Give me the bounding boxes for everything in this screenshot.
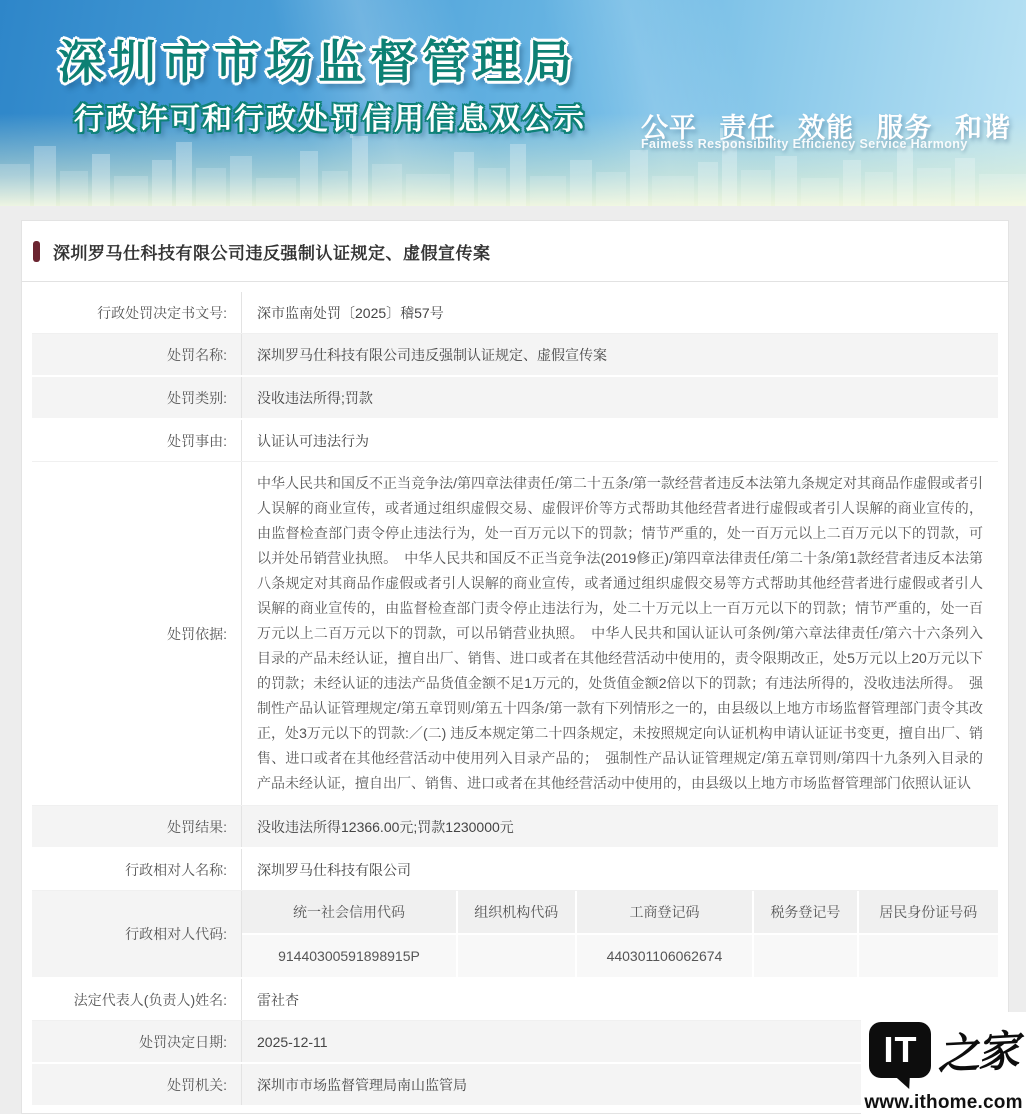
codes-header-uscc: 统一社会信用代码 (242, 891, 456, 933)
codes-value-business: 440301106062674 (575, 935, 753, 977)
table-row-penalty-reason: 处罚事由: 认证认可违法行为 (32, 420, 998, 462)
ithome-logo-cn-text: 之家 (936, 1018, 1019, 1082)
codes-subtable: 统一社会信用代码 组织机构代码 工商登记码 税务登记号 居民身份证号码 9144… (242, 891, 998, 977)
codes-header-row: 统一社会信用代码 组织机构代码 工商登记码 税务登记号 居民身份证号码 (242, 891, 998, 935)
table-row-penalty-authority: 处罚机关: 深圳市市场监督管理局南山监管局 (32, 1064, 998, 1107)
row-label: 行政相对人代码: (32, 891, 242, 977)
penalty-table: 行政处罚决定书文号: 深市监南处罚〔2025〕稽57号 处罚名称: 深圳罗马仕科… (32, 292, 998, 1107)
row-label: 处罚结果: (32, 806, 242, 847)
table-row-decision-date: 处罚决定日期: 2025-12-11 (32, 1021, 998, 1064)
row-value-long-text: 中华人民共和国反不正当竞争法/第四章法律责任/第二十五条/第一款经营者违反本法第… (242, 462, 998, 805)
table-row-party-name: 行政相对人名称: 深圳罗马仕科技有限公司 (32, 849, 998, 891)
ithome-url: www.ithome.com (861, 1092, 1026, 1114)
ithome-logo: IT 之家 (861, 1012, 1026, 1084)
codes-header-tax: 税务登记号 (752, 891, 856, 933)
row-value: 认证认可违法行为 (242, 420, 998, 461)
row-value: 深圳罗马仕科技有限公司 (242, 849, 998, 890)
content-card: 深圳罗马仕科技有限公司违反强制认证规定、虚假宣传案 行政处罚决定书文号: 深市监… (21, 220, 1009, 1114)
codes-value-tax (752, 935, 856, 977)
codes-header-org: 组织机构代码 (456, 891, 575, 933)
table-row-penalty-result: 处罚结果: 没收违法所得12366.00元;罚款1230000元 (32, 806, 998, 849)
table-row-document-number: 行政处罚决定书文号: 深市监南处罚〔2025〕稽57号 (32, 292, 998, 334)
codes-value-row: 91440300591898915P 440301106062674 (242, 935, 998, 977)
row-label: 行政处罚决定书文号: (32, 292, 242, 333)
table-row-penalty-basis: 处罚依据: 中华人民共和国反不正当竞争法/第四章法律责任/第二十五条/第一款经营… (32, 462, 998, 806)
table-row-penalty-name: 处罚名称: 深圳罗马仕科技有限公司违反强制认证规定、虚假宣传案 (32, 334, 998, 377)
row-value: 深圳罗马仕科技有限公司违反强制认证规定、虚假宣传案 (242, 334, 998, 375)
table-row-party-codes: 行政相对人代码: 统一社会信用代码 组织机构代码 工商登记码 税务登记号 居民身… (32, 891, 998, 979)
ithome-logo-tail (896, 1077, 916, 1089)
row-label: 处罚依据: (32, 462, 242, 805)
site-banner: 深圳市市场监督管理局 行政许可和行政处罚信用信息双公示 公平 责任 效能 服务 … (0, 0, 1026, 206)
row-value: 没收违法所得12366.00元;罚款1230000元 (242, 806, 998, 847)
row-value: 深市监南处罚〔2025〕稽57号 (242, 292, 998, 333)
row-label: 行政相对人名称: (32, 849, 242, 890)
row-value: 没收违法所得;罚款 (242, 377, 998, 418)
page: 深圳市市场监督管理局 行政许可和行政处罚信用信息双公示 公平 责任 效能 服务 … (0, 0, 1026, 1114)
row-label: 处罚机关: (32, 1064, 242, 1105)
codes-value-id (857, 935, 998, 977)
case-title: 深圳罗马仕科技有限公司违反强制认证规定、虚假宣传案 (53, 239, 491, 264)
codes-header-id: 居民身份证号码 (857, 891, 998, 933)
row-label: 处罚事由: (32, 420, 242, 461)
ithome-logo-it-text: IT (883, 1029, 917, 1071)
row-label: 处罚决定日期: (32, 1021, 242, 1062)
codes-value-uscc: 91440300591898915P (242, 935, 456, 977)
banner-slogan-en: Faimess Responsibility Efficiency Servic… (641, 137, 968, 151)
table-row-legal-representative: 法定代表人(负责人)姓名: 雷社杏 (32, 979, 998, 1021)
agency-title: 深圳市市场监督管理局 (58, 26, 578, 92)
case-title-row: 深圳罗马仕科技有限公司违反强制认证规定、虚假宣传案 (22, 221, 1008, 282)
banner-subtitle: 行政许可和行政处罚信用信息双公示 (74, 94, 586, 138)
row-label: 处罚名称: (32, 334, 242, 375)
ithome-logo-bubble-icon: IT (869, 1022, 931, 1078)
row-label: 法定代表人(负责人)姓名: (32, 979, 242, 1020)
ithome-watermark: IT 之家 www.ithome.com (861, 1012, 1026, 1114)
row-label: 处罚类别: (32, 377, 242, 418)
table-row-penalty-category: 处罚类别: 没收违法所得;罚款 (32, 377, 998, 420)
codes-header-business: 工商登记码 (575, 891, 753, 933)
codes-value-org (456, 935, 575, 977)
title-marker-bar (33, 241, 40, 262)
